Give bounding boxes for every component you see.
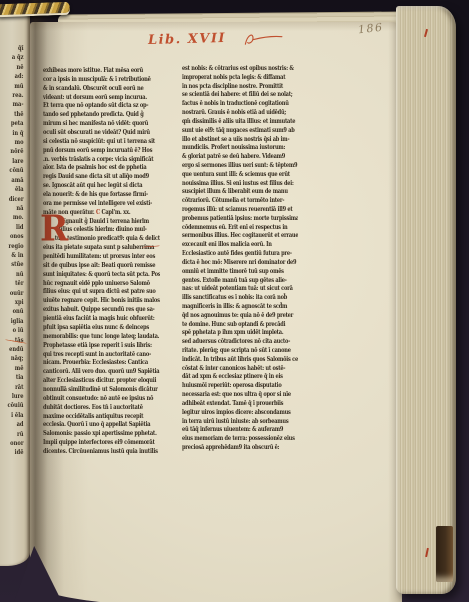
facing-page-text-line: q̄ī (5, 44, 26, 53)
text-line: regis Dauid sane dicta sīt ut aliq̄o mod… (43, 172, 160, 181)
text-line: tando sed pphetando predicta. Quid g̃ (43, 110, 160, 119)
text-line: in nos pcta discipline nostre. Promittit (182, 82, 298, 91)
facing-page-text-line: a q̄z (5, 53, 26, 62)
facing-page-text-line: cōuiū (5, 401, 26, 410)
facing-page-edge: q̄īa q̄znēad:mūrea.ma-thēpetain q̄monōrē… (0, 10, 30, 566)
facing-page-text-line: iglia (5, 317, 26, 326)
facing-page-text-line: rū (5, 430, 26, 439)
header-flourish-icon (241, 29, 284, 50)
text-line: rogemus illū: ut sciamus reuerentiā ill9… (182, 205, 298, 214)
facing-page-text-line: ad (5, 420, 26, 429)
text-line: qui tres recepti sunt in auctoritatē can… (43, 350, 160, 359)
text-line: suscipiet illum & liberabit eum de manu (182, 187, 298, 196)
folio-number: 186 (357, 22, 384, 36)
text-line: .n. verbis trāslatis a corpe: vicia sign… (43, 155, 160, 164)
chapter-initial: R (40, 211, 68, 246)
text-line: ecclesia. Quorū ī uno q̄ appellat Sapiēt… (43, 420, 160, 429)
text-line: & gloriat patrē se deū habere. Videam9 (182, 152, 298, 161)
text-line: dubitāt doctiores. Eos tn̄ ī auctoritatē (43, 403, 160, 412)
facing-page-text-line: mū (5, 82, 26, 91)
text-line: nonnullā similitudinē ut Salomonis dicāt… (43, 385, 160, 394)
text-line: huiusmōi reperiūt: operosa disputatio (182, 381, 298, 390)
text-line: si celestia nō suspiciūt: qui ut ī terre… (43, 137, 160, 146)
facing-page-text-line: nū (5, 270, 26, 279)
text-line: q̄d nos agnouimus te: quia nō ē de9 pret… (182, 311, 298, 320)
text-line: sermonibus illius. Hec cogitauerūt et er… (182, 231, 298, 240)
facing-page-text-line: mo. (5, 213, 26, 222)
text-line: nas: ut uideāt potentiam tuā: ut sicut c… (182, 284, 298, 293)
text-line: cor a ipsis in muscipulā: & ī retributio… (43, 75, 160, 84)
facing-page-text-line: tēr (5, 279, 26, 288)
text-line: que uentura sunt illi: & sciemus que erū… (182, 170, 298, 179)
facing-page-text-line: peta (5, 119, 26, 128)
facing-page-text-line: onū (5, 307, 26, 316)
text-line: se. Ignoscāt aūt qui hec legūt si dicta (43, 181, 160, 190)
text-line: dāt ad xpm & ecclesiaz ptinere q̄ in eis (182, 372, 298, 381)
text-line: pientiā eius faciūt ia magis huic obfuer… (43, 314, 160, 323)
text-line: Salomonis: passio xpi apertissime ppheta… (43, 429, 160, 438)
text-line: illis sanctificatus es ī nobis: ita corā… (182, 293, 298, 302)
facing-page-text-line: stūe (5, 260, 26, 269)
text-line: spē pphetata p ihm xpm uidēt impleta. (182, 328, 298, 337)
text-line: te domine. Hunc sub optandi & precādi (182, 320, 298, 329)
text-line: sed aduersus cōtradictores nō cita aucto… (182, 337, 298, 346)
text-line: in terra uirū iustū iniuste: ab sorbeamu… (182, 417, 298, 426)
page-edges (396, 6, 456, 594)
facing-page-text-line: & in (5, 251, 26, 260)
text-line: ritate. plerūq; que scripta nō sūt ī can… (182, 346, 298, 355)
text-line: indicāt. In tribus aūt libris quos Salom… (182, 355, 298, 364)
text-line: cōtrariorū. Cōtumelia et tormēto inter- (182, 196, 298, 205)
text-line: est nobis: & cōtrarius est opibus nostri… (182, 64, 298, 73)
facing-page-text-line: dicer (5, 195, 26, 204)
facing-page-text-line: nōrē (5, 147, 26, 156)
text-line: penitēdi humilitatem: ut prorsus inter e… (43, 252, 160, 261)
facing-page-text-line: o iū (5, 326, 26, 335)
text-line: ora me permisse vel intelligere vel exis… (43, 199, 160, 208)
text-line: Ecclesiastico autē fides gentiū futura p… (182, 249, 298, 258)
text-line: alter Ecclesiasticus dicitur. propter el… (43, 376, 160, 385)
text-line: ela nouerīt: & de his que fortasse firmi… (43, 190, 160, 199)
text-line: preciosā apprehēdam9 ita obscurū ē: (182, 443, 298, 452)
text-line: adhibeāt extendat. Tamē q̄ ī prouerbiis (182, 399, 298, 408)
facing-page-text-line: regio (5, 242, 26, 251)
facing-page-text-line: endū (5, 345, 26, 354)
facing-page-text-line: ouūr (5, 289, 26, 298)
text-line: dicta ē hoc mō: Miserere nri dominator d… (182, 258, 298, 267)
text-line: cōstat & inter canonicos habēt: ut ostē- (182, 364, 298, 373)
text-line: pnū dorsum eorū semp incuruatū ē? Hos (43, 146, 160, 155)
facing-page-text-line: idē (5, 448, 26, 457)
text-line: sunt iniquitates: & quorū tecta sūt pcta… (43, 270, 160, 279)
text-line: Prophetasse etiā ipse reperit ī suis lib… (43, 341, 160, 350)
text-line: gentes. Extolle manū tuā sup gētes alie- (182, 276, 298, 285)
facing-page-text-line: nāq; (5, 354, 26, 363)
text-line: canticorū. Alii vero duo. quorū un9 Sapi… (43, 367, 160, 376)
text-line: eū tāq̄ infernus uiuentem: & auferam9 (182, 425, 298, 434)
text-line: probemus patientiā ipsius: morte turpiss… (182, 214, 298, 223)
text-line: se scientiā dei habere: et filiū dei se … (182, 90, 298, 99)
text-line: & in scandalū. Obscurēt oculi eorū ne (43, 84, 160, 93)
text-column-left: exhibeas more īstitue. Fiat mēsa eorūcor… (43, 66, 160, 464)
text-line: uiuēte regnare cepit. Hic bonis initiis … (43, 296, 160, 305)
facing-page-text-line: in q̄ (5, 129, 26, 138)
facing-page-text-line: onos (5, 232, 26, 241)
text-line: Impii quippe interfectores ei9 cōmemorāt (43, 438, 160, 447)
text-line: omniū et immitte timorē tuū sup omēs (182, 267, 298, 276)
facing-page-text-line: nē (5, 63, 26, 72)
fore-edge-notch (436, 526, 453, 582)
facing-page-text-line: nā (5, 204, 26, 213)
text-line: cōdemnemus eū. Erit enī ei respectus in (182, 223, 298, 232)
endband (0, 2, 70, 18)
text-line: maxime occidētalis antiquitus recepit (43, 412, 160, 421)
text-line: memorabilis: que tunc longe lateq; lauda… (43, 332, 160, 341)
facing-page-text-line: thē (5, 110, 26, 119)
facing-page-text-line: cōnū (5, 166, 26, 175)
facing-page-text-line: mē (5, 364, 26, 373)
facing-page-text-line: ma- (5, 100, 26, 109)
text-line: Et terra que nō optando sūt dicta sz op- (43, 101, 160, 110)
text-line: pfuit ipsa sapiētia eius nunc & deinceps (43, 323, 160, 332)
facing-page-text-line: i ēla (5, 411, 26, 420)
text-line: qm̄ dissimilis ē aliis uita illius: et i… (182, 117, 298, 126)
text-line: nostrarū. Grauis ē nobis etiā ad uidēdū; (182, 108, 298, 117)
book-header-label: Lib. XVII (148, 32, 226, 47)
text-line: excecauit enī illos malicia eorū. In (182, 240, 298, 249)
text-line: ergo si sermones illius ueri sunt: & tēp… (182, 161, 298, 170)
text-line: mirum si hec manifesta nō vidēt: quorū (43, 119, 160, 128)
text-line: factus ē nobis in traductionē cogitation… (182, 99, 298, 108)
text-line: filius eius: qui ut supra dictū est patr… (43, 287, 160, 296)
text-line: illo et abstinet se a uiis nostris q̄si … (182, 135, 298, 144)
text-line: improperat nobis pcta legis: & diffamat (182, 73, 298, 82)
facing-page-text-line: xpi (5, 298, 26, 307)
text-column-right: est nobis: & cōtrarius est opibus nostri… (182, 64, 298, 462)
text-line: sunt uie ei9: tāq̄ nugaces estimati sum9… (182, 126, 298, 135)
text-line: hūc regnauit eidē pplo uniuerso Salomō (43, 279, 160, 288)
text-line: exhibeas more īstitue. Fiat mēsa eorū (43, 66, 160, 75)
book-photo: q̄īa q̄znēad:mūrea.ma-thēpetain q̄monōrē… (0, 0, 469, 602)
facing-page-text-line: lid (5, 223, 26, 232)
text-line: mundiciis. Profert nouissima iustorum: (182, 143, 298, 152)
text-line: dicentes. Circūueniamus iustū quia inuti… (43, 447, 160, 456)
facing-page-text-line: amā (5, 176, 26, 185)
facing-page-text-line: lure (5, 392, 26, 401)
text-line: oculi sūt obscurati ne videāt? Quid mirū (43, 128, 160, 137)
text-line: magnificeris in illis: & agnoscāt te scd… (182, 302, 298, 311)
text-line: eius memoriam de terra: possessionēz eiu… (182, 434, 298, 443)
text-line: obtinuit consuetudo: nō autē ee ipsius n… (43, 394, 160, 403)
text-line: necessaria est: que nos ultra q̄ opor si… (182, 390, 298, 399)
text-line: sit de quibus ipse ait: Beati quorū remi… (43, 261, 160, 270)
facing-page-text: q̄īa q̄znēad:mūrea.ma-thēpetain q̄monōrē… (5, 44, 26, 458)
facing-page-text-line: rea. (5, 91, 26, 100)
text-line: aīor. Ista de psalmis hoc est de pphetia (43, 163, 160, 172)
chapter-mark: C (96, 208, 100, 216)
text-line: nouissima illius. Si enī iustus est fili… (182, 179, 298, 188)
text-line: exitus habuit. Quippe secundū res que sa… (43, 305, 160, 314)
facing-page-text-line: rāt (5, 383, 26, 392)
manuscript-page: Lib. XVII 186 R exhibeas more īstitue. F… (30, 22, 402, 602)
text-line: videant: ut dorsum eorū semp incurua. (43, 93, 160, 102)
facing-page-text-line: lare (5, 157, 26, 166)
facing-page-text-line: ēla (5, 185, 26, 194)
text-line: nicam. Prouerbia: Ecclesiastes: Cantica (43, 358, 160, 367)
facing-page-text-line: onor (5, 439, 26, 448)
facing-page-text-line: ad: (5, 72, 26, 81)
facing-page-text-line: mo (5, 138, 26, 147)
text-line: legitur uiros impios dicere: abscondamus (182, 408, 298, 417)
facing-page-text-line: tia (5, 373, 26, 382)
